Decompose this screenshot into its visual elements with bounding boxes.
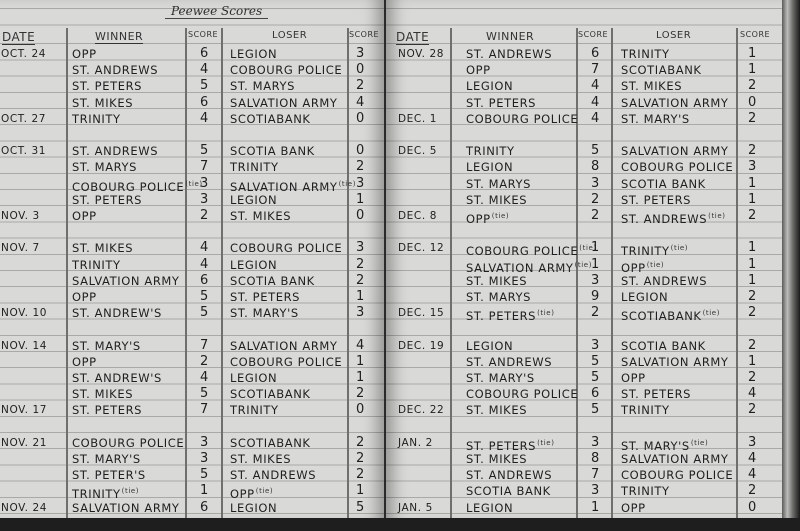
- winner-team: LEGION: [466, 159, 513, 175]
- header-loser: LOSER: [656, 30, 691, 41]
- loser-score: 5: [356, 500, 365, 516]
- winner-team: ST. MARYS: [466, 289, 531, 305]
- winner-team: ST. PETERS(tie): [466, 305, 555, 324]
- loser-score: 2: [748, 289, 757, 305]
- tie-mark: (tie): [691, 439, 708, 447]
- loser-score: 0: [356, 143, 365, 159]
- winner-score: 5: [200, 143, 209, 159]
- loser-team: ST. ANDREWS(tie): [621, 208, 726, 227]
- game-row: OCT. 27TRINITY4SCOTIABANK0: [0, 111, 384, 127]
- loser-team: ST. MARYS: [230, 78, 295, 94]
- winner-score: 3: [591, 176, 600, 192]
- winner-score: 6: [200, 500, 209, 516]
- game-row: NOV. 3OPP2ST. MIKES0: [0, 208, 384, 224]
- game-row: ST. MIKES3ST. ANDREWS1: [386, 273, 782, 289]
- game-date: JAN. 2: [398, 435, 433, 451]
- winner-score: 4: [591, 95, 600, 111]
- right-page: DATE WINNER SCORE LOSER SCORE NOV. 28ST.…: [386, 0, 782, 521]
- loser-score: 1: [748, 240, 757, 256]
- loser-team: SCOTIABANK: [230, 386, 311, 402]
- game-row: ST. MIKES2ST. PETERS1: [386, 192, 782, 208]
- winner-score: 7: [200, 338, 209, 354]
- loser-score: 2: [748, 208, 757, 224]
- winner-score: 3: [591, 483, 600, 499]
- loser-team: SALVATION ARMY: [230, 338, 338, 354]
- loser-score: 1: [748, 176, 757, 192]
- loser-team: TRINITY: [621, 402, 670, 418]
- winner-team: TRINITY: [72, 111, 121, 127]
- loser-score: 2: [748, 483, 757, 499]
- game-row: NOV. 28ST. ANDREWS6TRINITY1: [386, 46, 782, 62]
- winner-score: 3: [200, 451, 209, 467]
- winner-score: 1: [591, 240, 600, 256]
- loser-team: TRINITY: [230, 159, 279, 175]
- winner-score: 4: [200, 62, 209, 78]
- game-row: SCOTIA BANK3TRINITY2: [386, 483, 782, 499]
- game-row: OPP5ST. PETERS1: [0, 289, 384, 305]
- loser-team: ST. MIKES: [230, 208, 291, 224]
- loser-team: LEGION: [230, 192, 277, 208]
- loser-score: 0: [356, 208, 365, 224]
- winner-score: 4: [591, 111, 600, 127]
- loser-score: 0: [356, 111, 365, 127]
- loser-team: ST. PETERS: [621, 192, 691, 208]
- game-row: NOV. 21COBOURG POLICE3SCOTIABANK2: [0, 435, 384, 451]
- winner-team: ST. PETERS: [72, 78, 142, 94]
- winner-team: ST. PETER'S: [72, 467, 146, 483]
- winner-team: ST. ANDREWS: [466, 354, 552, 370]
- tie-mark: (tie): [671, 244, 688, 252]
- game-row: LEGION8COBOURG POLICE3: [386, 159, 782, 175]
- game-row: ST. MARY'S3ST. MIKES2: [0, 451, 384, 467]
- loser-team: LEGION: [621, 289, 668, 305]
- game-row: TRINITY4LEGION2: [0, 257, 384, 273]
- winner-team: COBOURG POLICE: [72, 435, 184, 451]
- scorebook-spread: Peewee Scores DATE WINNER SCORE LOSER SC…: [0, 0, 800, 531]
- loser-score: 1: [748, 62, 757, 78]
- winner-score: 5: [200, 467, 209, 483]
- loser-team: TRINITY: [621, 46, 670, 62]
- game-row: ST. ANDREWS5SALVATION ARMY1: [386, 354, 782, 370]
- winner-team: ST. ANDREW'S: [72, 370, 162, 386]
- loser-score: 1: [356, 370, 365, 386]
- loser-score: 2: [356, 159, 365, 175]
- tie-mark: (tie): [339, 180, 356, 188]
- loser-score: 4: [748, 386, 757, 402]
- game-date: OCT. 24: [1, 46, 46, 62]
- game-row: DEC. 12COBOURG POLICE(tie)1TRINITY(tie)1: [386, 240, 782, 256]
- loser-score: 4: [356, 95, 365, 111]
- winner-score: 6: [200, 273, 209, 289]
- loser-team: SCOTIA BANK: [230, 273, 315, 289]
- game-row: ST. MIKES8SALVATION ARMY4: [386, 451, 782, 467]
- winner-team: OPP: [72, 208, 97, 224]
- game-date: DEC. 12: [398, 240, 444, 256]
- loser-score: 4: [748, 467, 757, 483]
- winner-team: SALVATION ARMY: [72, 273, 180, 289]
- winner-team: COBOURG POLICE: [466, 111, 578, 127]
- loser-team: COBOURG POLICE: [230, 62, 342, 78]
- loser-score: 3: [356, 240, 365, 256]
- tie-mark: (tie): [703, 309, 720, 317]
- winner-score: 4: [200, 257, 209, 273]
- winner-team: ST. MIKES: [466, 451, 527, 467]
- winner-team: SCOTIA BANK: [466, 483, 551, 499]
- loser-team: COBOURG POLICE: [230, 240, 342, 256]
- winner-team: ST. MIKES: [466, 192, 527, 208]
- winner-score: 2: [200, 354, 209, 370]
- winner-score: 6: [591, 386, 600, 402]
- game-row: ST. ANDREWS7COBOURG POLICE4: [386, 467, 782, 483]
- loser-score: 2: [748, 305, 757, 321]
- loser-score: 3: [356, 46, 365, 62]
- header-date: DATE: [2, 30, 35, 44]
- winner-score: 6: [591, 46, 600, 62]
- header-loser-score: SCORE: [740, 30, 770, 39]
- winner-score: 7: [591, 62, 600, 78]
- loser-team: TRINITY: [230, 402, 279, 418]
- game-date: OCT. 27: [1, 111, 46, 127]
- winner-team: OPP: [466, 62, 491, 78]
- winner-score: 4: [591, 78, 600, 94]
- loser-team: SCOTIABANK: [230, 435, 311, 451]
- game-date: NOV. 10: [1, 305, 47, 321]
- loser-team: ST. ANDREWS: [230, 467, 316, 483]
- loser-team: SALVATION ARMY: [621, 354, 729, 370]
- loser-team: ST. MARY'S: [621, 111, 690, 127]
- winner-score: 2: [591, 208, 600, 224]
- loser-score: 1: [356, 354, 365, 370]
- winner-team: ST. PETERS: [72, 192, 142, 208]
- winner-team: ST. ANDREWS: [72, 143, 158, 159]
- loser-score: 2: [356, 78, 365, 94]
- tie-mark: (tie): [492, 212, 509, 220]
- winner-team: LEGION: [466, 78, 513, 94]
- header-winner: WINNER: [95, 30, 143, 43]
- game-row: ST. PETERS4SALVATION ARMY0: [386, 95, 782, 111]
- header-winner-score: SCORE: [578, 30, 608, 39]
- winner-team: ST. MARY'S: [466, 370, 535, 386]
- loser-team: SCOTIA BANK: [230, 143, 315, 159]
- winner-team: OPP: [72, 354, 97, 370]
- game-row: JAN. 5LEGION1OPP0: [386, 500, 782, 516]
- game-row: OPP7SCOTIABANK1: [386, 62, 782, 78]
- game-date: DEC. 1: [398, 111, 437, 127]
- tie-mark: (tie): [575, 261, 592, 269]
- game-date: NOV. 17: [1, 402, 47, 418]
- winner-team: ST. PETERS: [466, 95, 536, 111]
- loser-score: 1: [748, 257, 757, 273]
- loser-score: 0: [356, 402, 365, 418]
- loser-score: 1: [356, 192, 365, 208]
- winner-score: 2: [591, 305, 600, 321]
- winner-team: ST. ANDREWS: [466, 46, 552, 62]
- winner-score: 8: [591, 159, 600, 175]
- loser-team: SALVATION ARMY: [230, 95, 338, 111]
- loser-score: 1: [748, 46, 757, 62]
- loser-team: SCOTIABANK: [230, 111, 311, 127]
- winner-score: 4: [200, 240, 209, 256]
- winner-score: 3: [591, 273, 600, 289]
- loser-score: 1: [748, 192, 757, 208]
- winner-score: 2: [200, 208, 209, 224]
- winner-team: ST. MARYS: [466, 176, 531, 192]
- loser-score: 2: [356, 467, 365, 483]
- loser-team: SCOTIA BANK: [621, 176, 706, 192]
- winner-team: ST. MIKES: [466, 273, 527, 289]
- game-row: DEC. 5TRINITY5SALVATION ARMY2: [386, 143, 782, 159]
- winner-team: ST. ANDREWS: [466, 467, 552, 483]
- winner-score: 6: [200, 46, 209, 62]
- loser-score: 3: [356, 176, 365, 192]
- winner-score: 5: [200, 289, 209, 305]
- winner-team: ST. MIKES: [72, 386, 133, 402]
- loser-score: 3: [748, 159, 757, 175]
- game-row: ST. MARYS3SCOTIA BANK1: [386, 176, 782, 192]
- loser-score: 2: [748, 111, 757, 127]
- header-loser: LOSER: [272, 30, 307, 41]
- game-row: NOV. 7ST. MIKES4COBOURG POLICE3: [0, 240, 384, 256]
- winner-score: 3: [591, 435, 600, 451]
- loser-score: 2: [748, 78, 757, 94]
- game-date: DEC. 5: [398, 143, 437, 159]
- loser-score: 3: [356, 305, 365, 321]
- game-date: NOV. 7: [1, 240, 40, 256]
- winner-score: 6: [200, 95, 209, 111]
- game-row: COBOURG POLICE6ST. PETERS4: [386, 386, 782, 402]
- header-winner-score: SCORE: [188, 30, 218, 39]
- book-bottom-edge: [0, 518, 800, 531]
- winner-score: 4: [200, 111, 209, 127]
- winner-score: 1: [591, 500, 600, 516]
- winner-score: 1: [591, 257, 600, 273]
- winner-team: TRINITY: [72, 257, 121, 273]
- winner-score: 5: [591, 354, 600, 370]
- winner-score: 7: [591, 467, 600, 483]
- winner-score: 5: [200, 386, 209, 402]
- loser-team: LEGION: [230, 370, 277, 386]
- left-page: Peewee Scores DATE WINNER SCORE LOSER SC…: [0, 0, 384, 521]
- loser-team: ST. PETERS: [621, 386, 691, 402]
- game-date: DEC. 22: [398, 402, 444, 418]
- game-row: NOV. 17ST. PETERS7TRINITY0: [0, 402, 384, 418]
- game-row: ST. MARYS7TRINITY2: [0, 159, 384, 175]
- loser-score: 2: [748, 370, 757, 386]
- game-row: JAN. 2ST. PETERS(tie)3ST. MARY'S(tie)3: [386, 435, 782, 451]
- tie-mark: (tie): [537, 309, 554, 317]
- loser-score: 4: [356, 338, 365, 354]
- winner-score: 5: [591, 370, 600, 386]
- game-row: OCT. 31ST. ANDREWS5SCOTIA BANK0: [0, 143, 384, 159]
- winner-score: 4: [200, 370, 209, 386]
- loser-team: ST. PETERS: [230, 289, 300, 305]
- loser-team: LEGION: [230, 257, 277, 273]
- game-row: OCT. 24OPP6LEGION3: [0, 46, 384, 62]
- winner-team: ST. MIKES: [72, 95, 133, 111]
- winner-score: 7: [200, 159, 209, 175]
- game-row: ST. MIKES5SCOTIABANK2: [0, 386, 384, 402]
- winner-score: 8: [591, 451, 600, 467]
- loser-score: 0: [748, 500, 757, 516]
- winner-score: 3: [200, 192, 209, 208]
- game-row: DEC. 1COBOURG POLICE4ST. MARY'S2: [386, 111, 782, 127]
- loser-score: 3: [748, 435, 757, 451]
- winner-team: ST. ANDREW'S: [72, 305, 162, 321]
- loser-team: OPP: [621, 370, 646, 386]
- winner-score: 5: [200, 305, 209, 321]
- winner-team: TRINITY: [466, 143, 515, 159]
- game-row: DEC. 8OPP(tie)2ST. ANDREWS(tie)2: [386, 208, 782, 224]
- winner-team: LEGION: [466, 500, 513, 516]
- loser-team: ST. MARY'S: [230, 305, 299, 321]
- winner-score: 3: [200, 435, 209, 451]
- game-row: ST. ANDREW'S4LEGION1: [0, 370, 384, 386]
- winner-team: ST. ANDREWS: [72, 62, 158, 78]
- game-date: NOV. 14: [1, 338, 47, 354]
- game-row: ST. MIKES6SALVATION ARMY4: [0, 95, 384, 111]
- loser-score: 0: [356, 62, 365, 78]
- game-row: OPP2COBOURG POLICE1: [0, 354, 384, 370]
- game-row: DEC. 15ST. PETERS(tie)2SCOTIABANK(tie)2: [386, 305, 782, 321]
- game-date: NOV. 24: [1, 500, 47, 516]
- loser-score: 2: [356, 435, 365, 451]
- winner-team: LEGION: [466, 338, 513, 354]
- winner-score: 2: [591, 192, 600, 208]
- loser-team: OPP: [621, 500, 646, 516]
- winner-score: 3: [200, 176, 209, 192]
- game-row: NOV. 24SALVATION ARMY6LEGION5: [0, 500, 384, 516]
- loser-team: ST. ANDREWS: [621, 273, 707, 289]
- loser-score: 1: [748, 273, 757, 289]
- loser-score: 4: [748, 451, 757, 467]
- game-date: DEC. 15: [398, 305, 444, 321]
- game-date: NOV. 3: [1, 208, 40, 224]
- loser-team: SALVATION ARMY: [621, 451, 729, 467]
- winner-score: 9: [591, 289, 600, 305]
- winner-team: ST. PETERS: [72, 402, 142, 418]
- loser-team: SCOTIA BANK: [621, 338, 706, 354]
- loser-team: COBOURG POLICE: [621, 159, 733, 175]
- winner-score: 1: [200, 483, 209, 499]
- winner-team: ST. MIKES: [72, 240, 133, 256]
- loser-team: SCOTIABANK(tie): [621, 305, 720, 324]
- loser-team: SALVATION ARMY: [621, 143, 729, 159]
- game-row: SALVATION ARMY(tie)1OPP(tie)1: [386, 257, 782, 273]
- winner-team: SALVATION ARMY: [72, 500, 180, 516]
- game-date: OCT. 31: [1, 143, 46, 159]
- loser-team: COBOURG POLICE: [621, 467, 733, 483]
- game-row: SALVATION ARMY6SCOTIA BANK2: [0, 273, 384, 289]
- tie-mark: (tie): [537, 439, 554, 447]
- loser-score: 2: [748, 338, 757, 354]
- loser-team: LEGION: [230, 46, 277, 62]
- tie-mark: (tie): [708, 212, 725, 220]
- game-date: NOV. 21: [1, 435, 47, 451]
- page-edge: [782, 0, 800, 531]
- loser-score: 1: [356, 289, 365, 305]
- header-date: DATE: [396, 30, 429, 44]
- loser-team: ST. MIKES: [621, 78, 682, 94]
- winner-team: OPP: [72, 289, 97, 305]
- loser-team: SALVATION ARMY: [621, 95, 729, 111]
- loser-team: LEGION: [230, 500, 277, 516]
- winner-team: ST. MARY'S: [72, 451, 141, 467]
- game-row: ST. PETERS5ST. MARYS2: [0, 78, 384, 94]
- game-date: NOV. 28: [398, 46, 444, 62]
- game-row: ST. ANDREWS4COBOURG POLICE0: [0, 62, 384, 78]
- tie-mark: (tie): [122, 487, 139, 495]
- winner-team: COBOURG POLICE: [466, 386, 578, 402]
- loser-team: SCOTIABANK: [621, 62, 702, 78]
- game-date: JAN. 5: [398, 500, 433, 516]
- loser-team: TRINITY: [621, 483, 670, 499]
- loser-team: COBOURG POLICE: [230, 354, 342, 370]
- game-date: DEC. 19: [398, 338, 444, 354]
- loser-score: 2: [356, 451, 365, 467]
- game-row: ST. MARY'S5OPP2: [386, 370, 782, 386]
- loser-score: 2: [356, 386, 365, 402]
- loser-score: 1: [356, 483, 365, 499]
- game-row: ST. PETERS3LEGION1: [0, 192, 384, 208]
- loser-score: 2: [748, 143, 757, 159]
- game-row: ST. MARYS9LEGION2: [386, 289, 782, 305]
- winner-team: ST. MARYS: [72, 159, 137, 175]
- game-row: COBOURG POLICE(tie)3SALVATION ARMY(tie)3: [0, 176, 384, 192]
- game-date: DEC. 8: [398, 208, 437, 224]
- winner-team: OPP: [72, 46, 97, 62]
- loser-team: ST. MIKES: [230, 451, 291, 467]
- game-row: LEGION4ST. MIKES2: [386, 78, 782, 94]
- game-row: ST. PETER'S5ST. ANDREWS2: [0, 467, 384, 483]
- winner-score: 7: [200, 402, 209, 418]
- game-row: NOV. 14ST. MARY'S7SALVATION ARMY4: [0, 338, 384, 354]
- game-row: TRINITY(tie)1OPP(tie)1: [0, 483, 384, 499]
- winner-score: 5: [591, 143, 600, 159]
- tie-mark: (tie): [647, 261, 664, 269]
- game-row: DEC. 22ST. MIKES5TRINITY2: [386, 402, 782, 418]
- header-winner: WINNER: [486, 30, 534, 43]
- winner-team: ST. MIKES: [466, 402, 527, 418]
- game-row: NOV. 10ST. ANDREW'S5ST. MARY'S3: [0, 305, 384, 321]
- page-title: Peewee Scores: [165, 4, 268, 19]
- winner-team: OPP(tie): [466, 208, 509, 227]
- tie-mark: (tie): [256, 487, 273, 495]
- winner-score: 5: [200, 78, 209, 94]
- loser-score: 1: [748, 354, 757, 370]
- loser-score: 0: [748, 95, 757, 111]
- loser-score: 2: [748, 402, 757, 418]
- header-loser-score: SCORE: [349, 30, 379, 39]
- winner-score: 5: [591, 402, 600, 418]
- loser-score: 2: [356, 257, 365, 273]
- winner-team: ST. MARY'S: [72, 338, 141, 354]
- loser-score: 2: [356, 273, 365, 289]
- winner-score: 3: [591, 338, 600, 354]
- game-row: DEC. 19LEGION3SCOTIA BANK2: [386, 338, 782, 354]
